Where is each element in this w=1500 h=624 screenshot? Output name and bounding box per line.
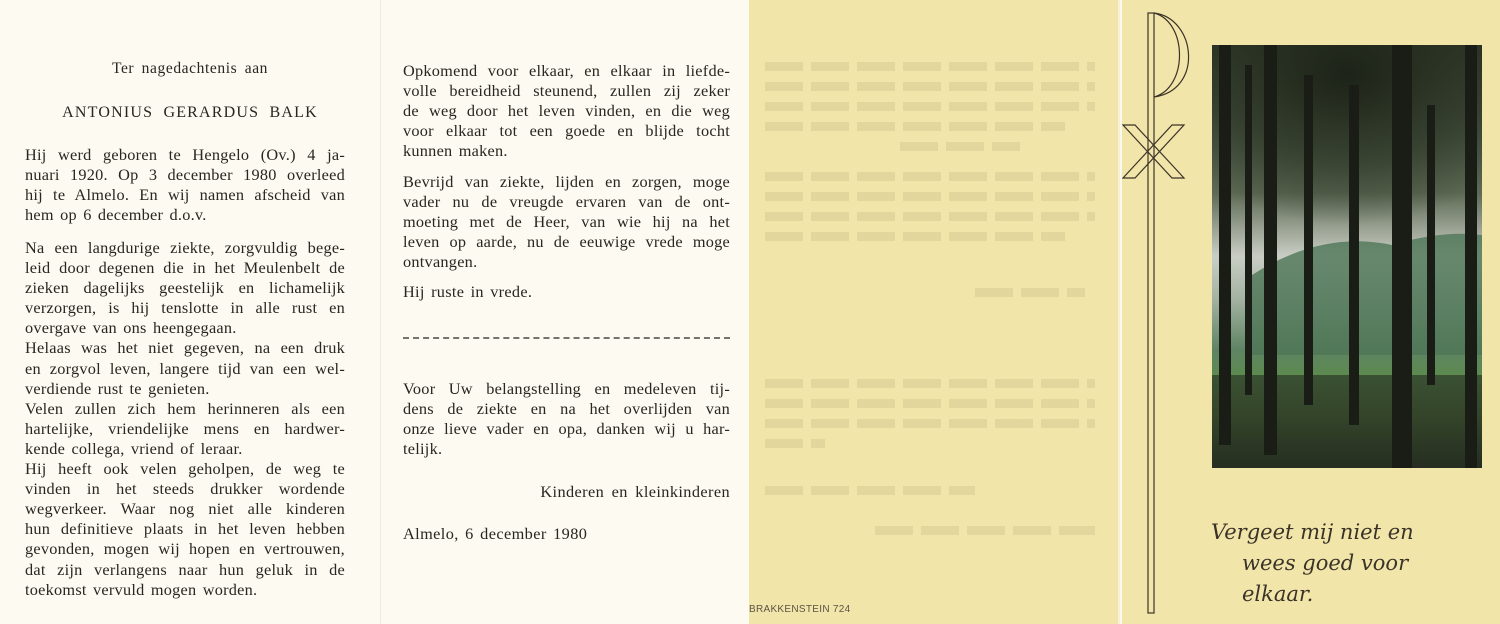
rest-in-peace: Hij ruste in vrede. (403, 282, 532, 302)
text-line: Velen zullen zich hem herinneren als een (25, 399, 345, 419)
text-line: Voor Uw belangstelling en medeleven tij- (403, 379, 730, 399)
text-line: onze lieve vader en opa, danken wij u ha… (403, 419, 730, 439)
text-line: wegverkeer. Waar nog niet alle kinderen (25, 499, 345, 519)
deceased-name: ANTONIUS GERARDUS BALK (0, 104, 380, 122)
text-line: de weg door het leven vinden, en die weg (403, 101, 730, 121)
text-line: leven op aarde, nu de eeuwige vrede moge (403, 232, 730, 252)
text-line: kende collega, vriend of leraar. (25, 439, 345, 459)
text-line: dens de ziekte en na het overlijden van (403, 399, 730, 419)
text-line: hun definitieve plaats in het leven hebb… (25, 519, 345, 539)
publisher-code: BRAKKENSTEIN 724 (749, 604, 851, 615)
text-line: verdiende rust te genieten. (25, 379, 345, 399)
verse-line-2: wees goed voor elkaar. (1205, 548, 1485, 610)
text-line: gevonden, mogen wij hopen en vertrouwen, (25, 539, 345, 559)
text-line: nuari 1920. Op 3 december 1980 overleed (25, 165, 345, 185)
text-line: Opkomend voor elkaar, en elkaar in liefd… (403, 61, 730, 81)
divider-line (403, 337, 730, 339)
text-line: hij te Almelo. En wij namen afscheid van (25, 185, 345, 205)
text-line: Na een langdurige ziekte, zorgvuldig beg… (25, 238, 345, 258)
text-line: verzorgen, is hij tenslotte in alle rust… (25, 298, 345, 318)
text-line: overgave van ons heengegaan. (25, 318, 345, 338)
text-line: Bevrijd van ziekte, lijden en zorgen, mo… (403, 172, 730, 192)
text-line: vinden in het steeds drukker wordende (25, 479, 345, 499)
text-line: moeting met de Heer, van wie hij na het (403, 212, 730, 232)
text-line: Hij heeft ook velen geholpen, de weg te (25, 459, 345, 479)
text-line: dat zijn verlangens naar hun geluk in de (25, 560, 345, 580)
mutual-support-paragraph: Opkomend voor elkaar, en elkaar in liefd… (403, 61, 730, 161)
birth-paragraph: Hij werd geboren te Hengelo (Ov.) 4 ja-n… (25, 145, 345, 225)
text-line: vader nu de vreugde ervaren van de ont- (403, 192, 730, 212)
verse-line-1: Vergeet mij niet en (1205, 517, 1485, 548)
memorial-intro: Ter nagedachtenis aan (0, 60, 380, 78)
chi-rho-icon (1118, 10, 1198, 616)
text-line: Helaas was het niet gegeven, na een druk (25, 338, 345, 358)
text-line: toekomst vervuld mogen worden. (25, 580, 345, 600)
text-line: hem op 6 december d.o.v. (25, 205, 345, 225)
signature: Kinderen en kleinkinderen (403, 482, 730, 502)
illness-paragraph: Na een langdurige ziekte, zorgvuldig beg… (25, 238, 345, 600)
text-line: volle bereidheid steunend, zullen zij ze… (403, 81, 730, 101)
freed-paragraph: Bevrijd van ziekte, lijden en zorgen, mo… (403, 172, 730, 272)
text-line: hartelijke, vriendelijke mens en hardwer… (25, 419, 345, 439)
text-line: telijk. (403, 439, 730, 459)
text-line: voor elkaar tot een goede en blijde toch… (403, 121, 730, 141)
text-line: Hij werd geboren te Hengelo (Ov.) 4 ja- (25, 145, 345, 165)
tree-lined-meadow-photo (1212, 45, 1482, 468)
inner-left-panel: Ter nagedachtenis aan ANTONIUS GERARDUS … (0, 0, 380, 624)
text-line: leid door degenen die in het Meulenbelt … (25, 258, 345, 278)
text-line: kunnen maken. (403, 141, 730, 161)
verse: Vergeet mij niet en wees goed voor elkaa… (1205, 517, 1485, 610)
place-date: Almelo, 6 december 1980 (403, 524, 587, 544)
text-line: ontvangen. (403, 252, 730, 272)
thanks-paragraph: Voor Uw belangstelling en medeleven tij-… (403, 379, 730, 459)
text-line: zieken dagelijks geestelijk en lichameli… (25, 278, 345, 298)
text-line: en zorgvol leven, langere tijd van een w… (25, 359, 345, 379)
